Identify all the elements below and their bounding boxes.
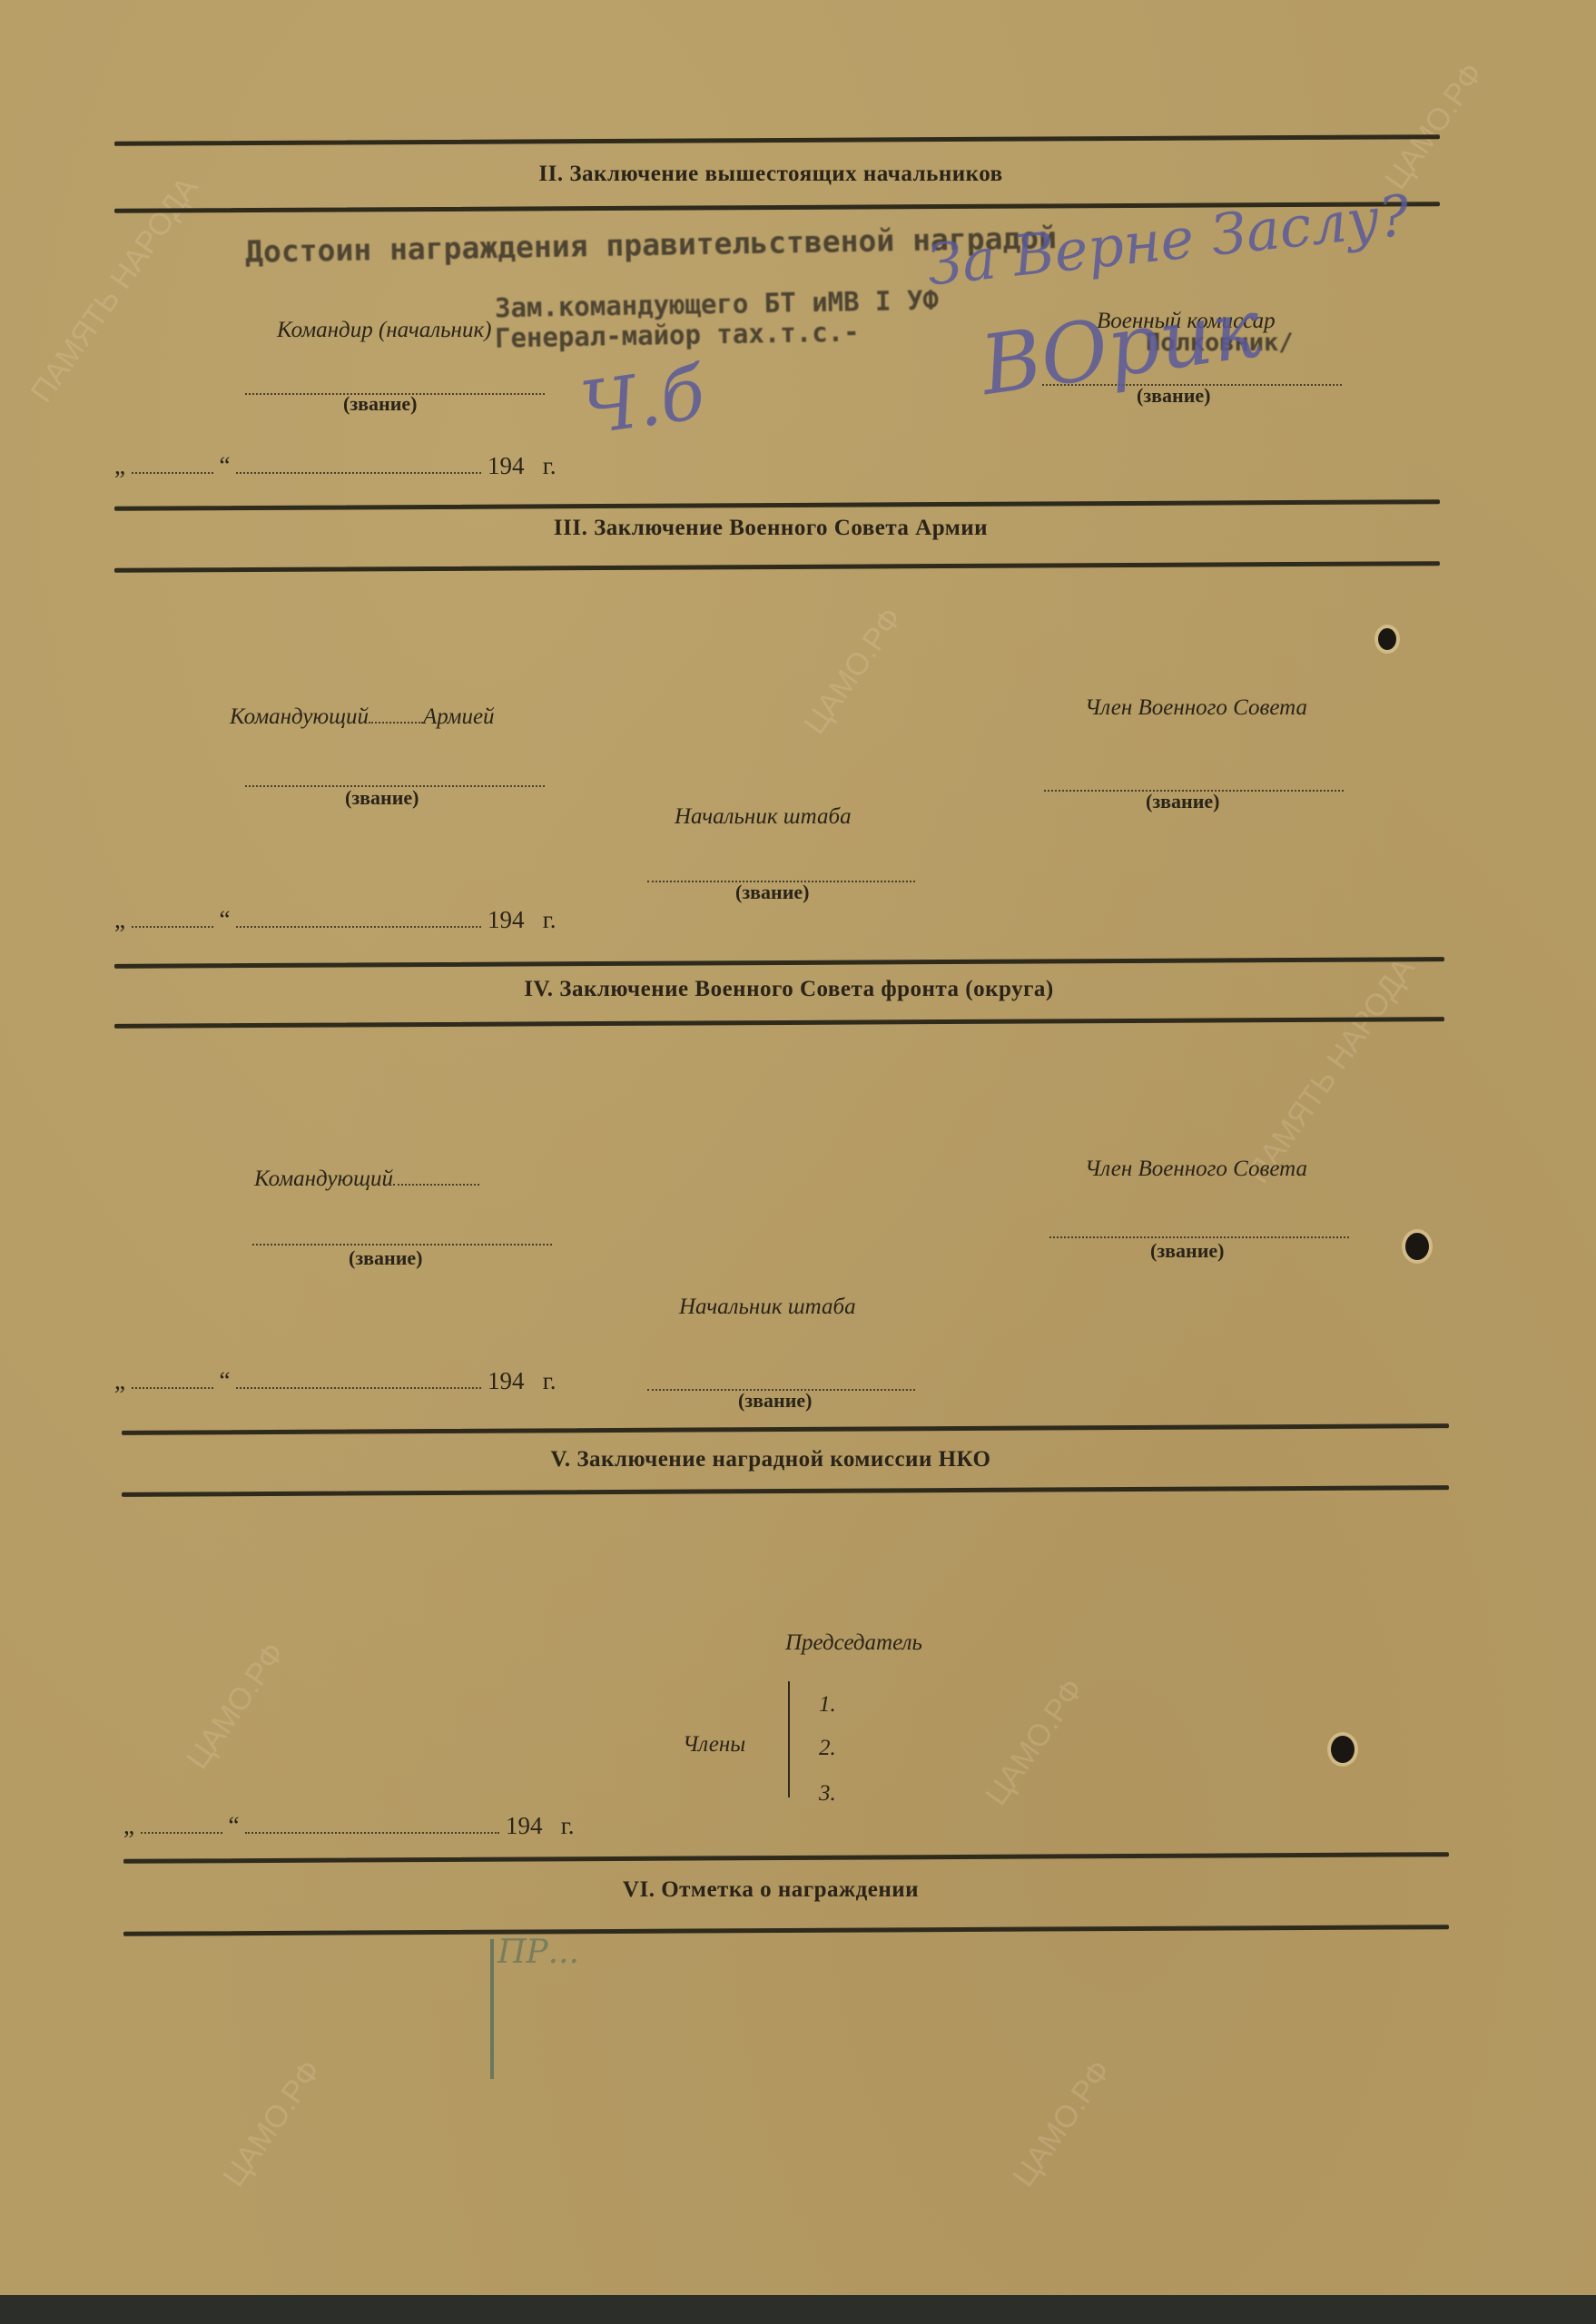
rank-label: (звание) <box>1150 1239 1225 1263</box>
date-suffix: г. <box>543 452 557 479</box>
rank-label: (звание) <box>735 881 810 904</box>
member-3: 3. <box>819 1781 836 1807</box>
punch-hole <box>1331 1736 1355 1763</box>
signature-line <box>252 1244 552 1246</box>
date-year: 194 <box>488 452 525 479</box>
scan-background-edge <box>0 2295 1596 2324</box>
army-commander-label: КомандующийАрмией <box>230 704 495 730</box>
rank-label: (звание) <box>349 1246 423 1270</box>
chief-of-staff-label: Начальник штаба <box>675 804 852 830</box>
punch-hole <box>1378 628 1396 650</box>
rank-label: (звание) <box>1146 790 1220 813</box>
section-5-heading: V. Заключение наградной комиссии НКО <box>0 1447 1569 1472</box>
council-member-label: Член Военного Совета <box>1085 695 1307 721</box>
commander-label: Командир (начальник) <box>277 318 491 343</box>
date-line: „ “ 194 г. <box>114 1367 557 1395</box>
members-bracket <box>788 1681 790 1797</box>
date-line: „ “ 194 г. <box>114 452 557 480</box>
front-commander-label: Командующий <box>254 1167 479 1192</box>
section-6-heading: VI. Отметка о награждении <box>0 1877 1569 1903</box>
chairman-label: Председатель <box>785 1630 922 1656</box>
member-1: 1. <box>819 1692 836 1718</box>
pencil-scribble: ПР... <box>498 1934 579 1971</box>
stamp-line: Генерал-майор тах.т.с.- <box>495 316 860 353</box>
handwritten-initials: Ч.б <box>576 350 710 451</box>
rank-label: (звание) <box>738 1389 813 1413</box>
date-line: „ “ 194 г. <box>123 1812 575 1840</box>
rank-label: (звание) <box>345 786 419 810</box>
chief-of-staff-label: Начальник штаба <box>679 1295 856 1320</box>
pencil-mark <box>490 1939 494 2079</box>
date-close-quote: “ <box>219 452 230 479</box>
section-2-heading: II. Заключение вышестоящих начальников <box>0 162 1569 187</box>
section-3-heading: III. Заключение Военного Совета Армии <box>0 516 1569 541</box>
council-member-label: Член Военного Совета <box>1085 1157 1307 1182</box>
date-line: „ “ 194 г. <box>114 906 557 934</box>
members-label: Члены <box>683 1732 745 1758</box>
date-open-quote: „ <box>114 452 125 479</box>
punch-hole <box>1405 1233 1429 1260</box>
member-2: 2. <box>819 1736 836 1761</box>
section-4-heading: IV. Заключение Военного Совета фронта (о… <box>0 977 1587 1002</box>
rank-label: (звание) <box>343 392 418 416</box>
signature-line <box>1049 1236 1349 1238</box>
